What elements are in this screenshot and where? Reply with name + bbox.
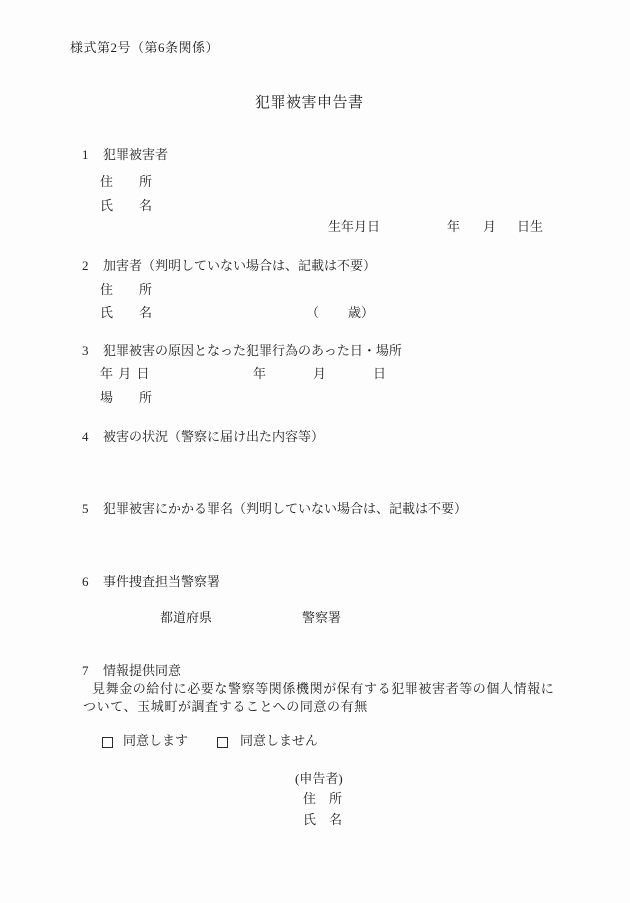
section6-heading: 事件捜査担当警察署 — [103, 575, 220, 590]
form-number: 様式第2号（第6条関係） — [70, 41, 219, 56]
section3-heading: 犯罪被害の原因となった犯罪行為のあった日・場所 — [103, 344, 402, 359]
section5-number: 5 — [82, 502, 89, 517]
section1-month-suffix: 月 — [483, 220, 496, 235]
section3-day-suffix: 日 — [373, 367, 386, 382]
section3-year-suffix: 年 — [253, 367, 266, 382]
section1-address-label: 住 所 — [100, 175, 152, 190]
disagree-label: 同意しません — [240, 734, 318, 749]
section7-heading: 情報提供同意 — [103, 664, 181, 679]
document-page: 様式第2号（第6条関係） 犯罪被害申告書 1 犯罪被害者 住 所 氏 名 生年月… — [0, 0, 630, 903]
section3-date-label: 年 月 日 — [100, 367, 151, 382]
section1-year-suffix: 年 — [447, 220, 460, 235]
section1-day-suffix: 日生 — [517, 220, 543, 235]
section2-heading: 加害者（判明していない場合は、記載は不要） — [103, 259, 376, 274]
section2-age-paren-close: 歳） — [348, 306, 374, 321]
section2-age-paren-open: （ — [306, 306, 319, 321]
section7-body-line2: ついて、玉城町が調査することへの同意の有無 — [83, 700, 368, 715]
disagree-checkbox — [217, 737, 228, 748]
section3-place-label: 場 所 — [100, 391, 152, 406]
page-title: 犯罪被害申告書 — [255, 95, 364, 112]
agree-checkbox — [102, 737, 113, 748]
section6-number: 6 — [82, 575, 89, 590]
signature-address-label: 住 所 — [303, 792, 342, 807]
section7-number: 7 — [82, 664, 89, 679]
section1-birthdate-label: 生年月日 — [328, 220, 380, 235]
section6-prefecture-label: 都道府県 — [160, 611, 212, 626]
section1-number: 1 — [82, 148, 89, 163]
section2-number: 2 — [82, 259, 89, 274]
section7-body-line1: 見舞金の給付に必要な警察等関係機関が保有する犯罪被害者等の個人情報に — [92, 682, 554, 697]
section3-number: 3 — [82, 344, 89, 359]
section2-name-label: 氏 名 — [100, 306, 152, 321]
section6-police-station-label: 警察署 — [302, 611, 341, 626]
section5-heading: 犯罪被害にかかる罪名（判明していない場合は、記載は不要） — [103, 502, 467, 517]
section1-heading: 犯罪被害者 — [103, 148, 168, 163]
agree-label: 同意します — [123, 734, 188, 749]
section4-number: 4 — [82, 430, 89, 445]
signature-name-label: 氏 名 — [303, 813, 342, 828]
section4-heading: 被害の状況（警察に届け出た内容等） — [103, 430, 324, 445]
section1-name-label: 氏 名 — [100, 199, 152, 214]
section3-month-suffix: 月 — [313, 367, 326, 382]
signature-declarant-label: (申告者) — [295, 772, 343, 787]
section2-address-label: 住 所 — [100, 283, 152, 298]
